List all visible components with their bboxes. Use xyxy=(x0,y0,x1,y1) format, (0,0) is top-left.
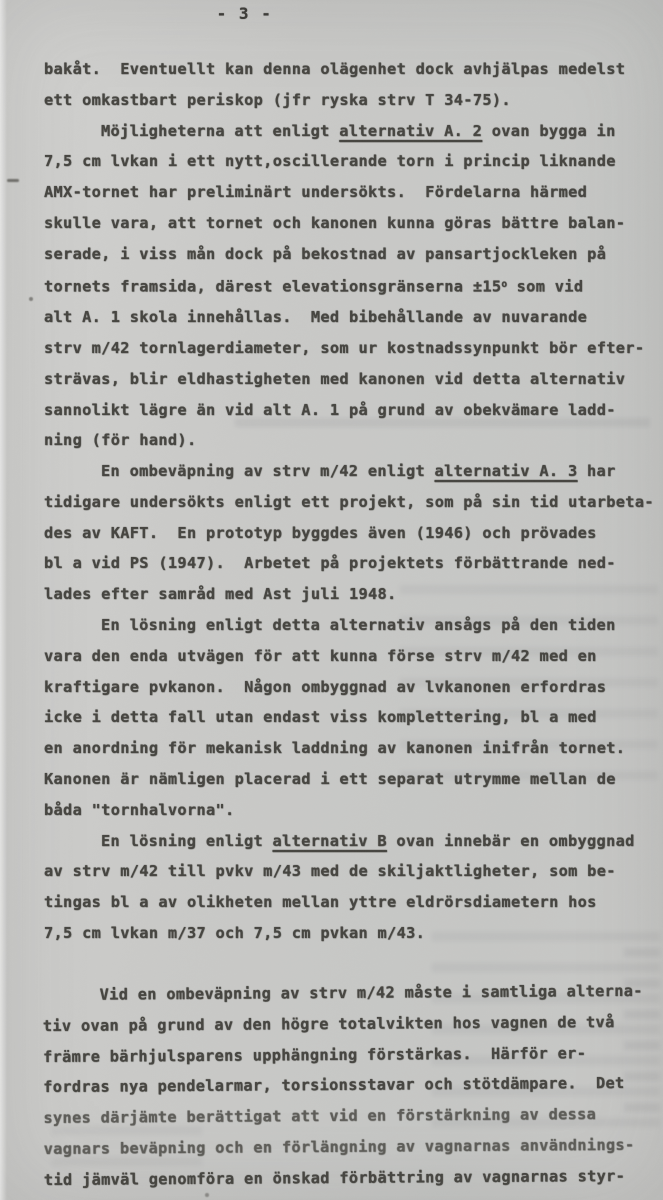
text-line: 7,5 cm lvkan i ett nytt,oscillerande tor… xyxy=(44,146,657,177)
text-line: fordras nya pendelarmar, torsionsstavar … xyxy=(43,1068,656,1103)
text-line: serade, i viss mån dock på bekostnad av … xyxy=(44,239,657,270)
text-line: En lösning enligt detta alternativ ansåg… xyxy=(44,610,657,641)
text-line: bl a vid PS (1947). Arbetet på projektet… xyxy=(44,548,657,579)
text-line: tiv ovan på grund av den högre totalvikt… xyxy=(43,1006,656,1041)
text-line: tidigare undersökts enligt ett projekt, … xyxy=(44,487,657,518)
text-line: Vid en ombeväpning av strv m/42 måste i … xyxy=(42,975,655,1010)
text-line: tingas bl a av olikheten mellan yttre el… xyxy=(44,887,657,918)
paragraph: Möjligheterna att enligt alternativ A. 2… xyxy=(44,116,657,457)
document-page: - 3 - bakåt. Eventuellt kan denna olägen… xyxy=(0,0,663,1200)
text-line: 7,5 cm lvkan m/37 och 7,5 cm pvkan m/43. xyxy=(44,918,657,949)
page-number: - 3 - xyxy=(0,4,576,23)
text-line: En lösning enligt alternativ B ovan inne… xyxy=(44,826,657,857)
paragraph: En lösning enligt alternativ B ovan inne… xyxy=(44,826,657,949)
text-line: vagnars beväpning och en förlängning av … xyxy=(44,1129,657,1164)
text-line: vara den enda utvägen för att kunna förs… xyxy=(44,641,657,672)
text-line: lades efter samråd med Ast juli 1948. xyxy=(44,579,657,610)
text-line: des av KAFT. En prototyp byggdes även (1… xyxy=(44,518,657,549)
text-line: båda "tornhalvorna". xyxy=(44,795,657,826)
text-line: främre bärhjulsparens upphängning förstä… xyxy=(43,1037,656,1072)
paragraph: En lösning enligt detta alternativ ansåg… xyxy=(44,610,657,826)
text-line: tornets framsida, därest elevationsgräns… xyxy=(44,270,657,303)
text-line: skulle vara, att tornet och kanonen kunn… xyxy=(44,208,657,239)
text-line: ett omkastbart periskop (jfr ryska strv … xyxy=(44,85,657,116)
text-line: av strv m/42 till pvkv m/43 med de skilj… xyxy=(44,856,657,887)
text-line: synes därjämte berättigat att vid en för… xyxy=(43,1099,656,1134)
text-line: ning (för hand). xyxy=(44,425,657,456)
text-body: bakåt. Eventuellt kan denna olägenhet do… xyxy=(44,54,657,1195)
paragraph: Vid en ombeväpning av strv m/42 måste i … xyxy=(42,975,656,1195)
text-line: kraftigare pvkanon. Någon ombyggnad av l… xyxy=(44,672,657,703)
text-line: icke i detta fall utan endast viss kompl… xyxy=(44,702,657,733)
paragraph: bakåt. Eventuellt kan denna olägenhet do… xyxy=(44,54,657,116)
text-line: tid jämväl genomföra en önskad förbättri… xyxy=(44,1160,657,1195)
ink-speck xyxy=(7,179,19,182)
text-line: sannolikt lägre än vid alt A. 1 på grund… xyxy=(44,395,657,426)
text-line: Kanonen är nämligen placerad i ett separ… xyxy=(44,764,657,795)
text-line: En ombeväpning av strv m/42 enligt alter… xyxy=(44,456,657,487)
text-line: strv m/42 tornlagerdiameter, som ur kost… xyxy=(44,333,657,364)
text-line: Möjligheterna att enligt alternativ A. 2… xyxy=(44,116,657,147)
ink-speck xyxy=(29,297,33,301)
text-line: AMX-tornet har preliminärt undersökts. F… xyxy=(44,177,657,208)
text-line: en anordning för mekanisk laddning av ka… xyxy=(44,733,657,764)
scan-edge-highlight xyxy=(0,0,7,1200)
text-line: alt A. 1 skola innehållas. Med bibehålla… xyxy=(44,302,657,333)
paragraph: En ombeväpning av strv m/42 enligt alter… xyxy=(44,456,657,610)
text-line: strävas, blir eldhastigheten med kanonen… xyxy=(44,364,657,395)
text-line: bakåt. Eventuellt kan denna olägenhet do… xyxy=(44,54,657,85)
